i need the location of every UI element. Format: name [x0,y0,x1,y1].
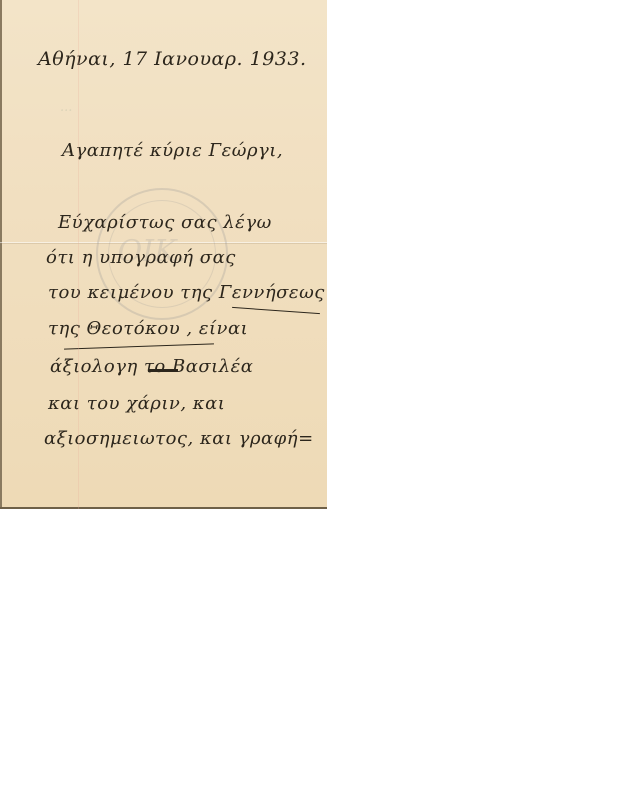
letter-page: ΟΙΚ… ... Αθήναι, 17 Ιανουαρ. 1933. Αγαπη… [0,0,327,509]
body-line-7: αξιοσημειωτος, και γραφή= [44,428,314,449]
body-line-4: της Θεοτόκου , είναι [48,318,248,339]
body-line-6: και του χάριν, και [48,393,225,414]
strikethrough-mark [148,369,178,372]
body-line-5: άξιολογη το Βασιλέα [50,356,253,377]
bleed-through-text: ... [60,100,72,115]
body-line-1: Εύχαρίστως σας λέγω [58,212,272,233]
body-line-3: του κειμένου της Γεννήσεως [48,282,325,303]
dateline: Αθήναι, 17 Ιανουαρ. 1933. [38,48,307,70]
body-line-3-text: του κειμένου της Γεννήσεως [48,282,325,303]
body-line-2: ότι η υπογραφή σας [46,247,236,268]
underline-theotokou [64,343,214,349]
underline-gennisews [232,307,320,314]
salutation: Αγαπητέ κύριε Γεώργι, [62,140,283,161]
